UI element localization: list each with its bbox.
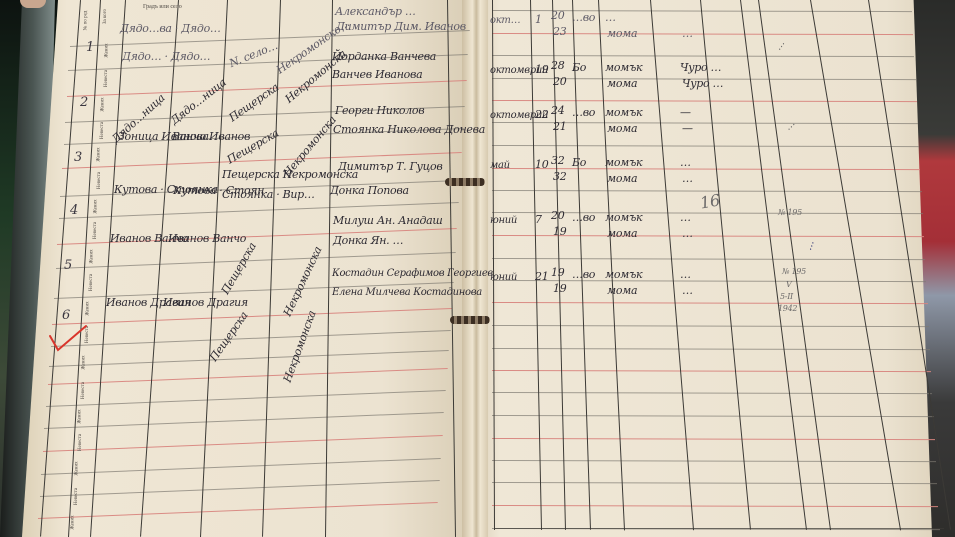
- entry-age-groom: 24: [551, 104, 564, 117]
- entry-occupation-bride: …: [682, 284, 693, 297]
- entry-age-groom: 32: [551, 154, 564, 167]
- entry-month: окт…: [490, 15, 520, 26]
- entry-4-witness-1: Димитър Т. Гуцов: [338, 160, 442, 173]
- entry-status: …во: [572, 268, 595, 281]
- entry-age-bride: 32: [553, 170, 566, 183]
- row-number: 3: [74, 150, 82, 165]
- entry-age-bride: 19: [553, 282, 566, 295]
- entry-occupation-bride: …: [682, 227, 693, 240]
- entry-5-witness-1: Милуш Ан. Анадаш: [333, 214, 443, 227]
- entry-status: …во: [572, 106, 595, 119]
- entry-5-col-b: Иванов Ванчо: [168, 232, 246, 245]
- entry-occupation-groom: …: [680, 211, 691, 224]
- header-number: № по ред: [83, 11, 88, 31]
- row-sublabel: Невеста: [78, 434, 83, 451]
- row-sublabel: Невеста: [100, 122, 105, 139]
- entry-occupation-groom: Чуро …: [680, 61, 721, 74]
- margin-note: V: [786, 280, 791, 289]
- entry-month: юний: [490, 215, 517, 226]
- header-town: Градъ или село: [143, 4, 182, 10]
- entry-faith-bride: мома: [607, 27, 637, 40]
- binding-stitch: [445, 178, 485, 186]
- row-sublabel: Жених: [86, 301, 91, 315]
- entry-3-witness-1: Георги Николов: [335, 104, 424, 117]
- entry-day: 1: [535, 13, 542, 26]
- entry-faith-groom: момък: [605, 61, 642, 74]
- entry-occupation-bride: …: [682, 172, 693, 185]
- entry-1-col-b: Дядо… · Дядо…: [122, 50, 210, 63]
- entry-age-groom: 20: [551, 209, 564, 222]
- entry-status: Бо: [572, 156, 586, 169]
- entry-age-bride: 21: [553, 120, 566, 133]
- row-sublabel: Жених: [70, 515, 75, 529]
- binding-stitch: [450, 316, 490, 324]
- entry-5-witness-2: Донка Ян. …: [333, 234, 403, 247]
- row-sublabel: Невеста: [93, 222, 98, 239]
- row-number: 1: [86, 40, 94, 55]
- row-sublabel: Жених: [78, 409, 83, 423]
- row-sublabel: Невеста: [74, 488, 79, 505]
- entry-4-witness-2: Донка Попова: [330, 184, 409, 197]
- entry-day: 19: [535, 63, 548, 76]
- entry-occupation-bride: …: [682, 27, 693, 40]
- entry-faith-bride: мома: [607, 122, 637, 135]
- row-sublabel: Невеста: [81, 382, 86, 399]
- entry-faith-groom: момък: [605, 156, 642, 169]
- entry-age-bride: 20: [553, 75, 566, 88]
- entry-month: май: [490, 160, 510, 171]
- entry-faith-bride: мома: [607, 227, 637, 240]
- finger-holding-page: [20, 0, 46, 8]
- entry-4-col-d: Стоянка · Вир…: [222, 188, 315, 201]
- row-sublabel: Жених: [101, 97, 106, 111]
- entry-1-col-a: Дядо…ва · Дядо…: [120, 22, 221, 35]
- row-sublabel: Жених: [97, 147, 102, 161]
- entry-age-bride: 19: [553, 225, 566, 238]
- entry-occupation-bride: Чуро …: [682, 77, 723, 90]
- row-number: 4: [70, 203, 78, 218]
- row-sublabel: Жених: [89, 249, 94, 263]
- entry-age-groom: 20: [551, 9, 564, 22]
- margin-note: 1942: [778, 304, 797, 313]
- row-sublabel: Жених: [82, 355, 87, 369]
- row-sublabel: Жених: [74, 461, 79, 475]
- entry-faith-bride: мома: [607, 172, 637, 185]
- entry-faith-bride: мома: [607, 284, 637, 297]
- entry-month: юний: [490, 272, 517, 283]
- entry-2-witness-2: Ванчев Иванова: [332, 68, 422, 81]
- row-sublabel: Невеста: [104, 70, 109, 87]
- margin-note: 5-II: [780, 292, 793, 301]
- row-number: 6: [62, 308, 70, 323]
- margin-note: № 195: [782, 267, 806, 276]
- entry-status: …во: [572, 211, 595, 224]
- entry-occupation-groom: …: [680, 268, 691, 281]
- row-number: 2: [80, 95, 88, 110]
- entry-1-witness-2: Димитър Дим. Иванов: [336, 20, 466, 33]
- entry-day: 21: [535, 270, 548, 283]
- row-sublabel: Невеста: [97, 172, 102, 189]
- entry-age-groom: 28: [551, 59, 564, 72]
- entry-3-col-b: Ванчо Иванов: [172, 130, 250, 143]
- entry-6-witness-2: Елена Милчева Костадинова: [332, 287, 482, 298]
- bottom-border: [494, 528, 944, 529]
- pencil-note: 16: [699, 190, 722, 212]
- entry-age-groom: 19: [551, 266, 564, 279]
- entry-2-witness-1: Йорданка Ванчева: [332, 50, 436, 63]
- entry-faith-groom: момък: [605, 211, 642, 224]
- entry-day: 7: [535, 213, 542, 226]
- entry-3-witness-2: Стоянка Николова Донева: [333, 123, 485, 136]
- row-sublabel: Жених: [105, 43, 110, 57]
- row-number: 5: [64, 258, 72, 273]
- entry-status: …во: [572, 11, 595, 24]
- entry-1-witness-1: Александър …: [335, 5, 416, 18]
- entry-day: 10: [535, 158, 548, 171]
- entry-occupation-groom: —: [680, 106, 691, 119]
- header-status: За кого: [103, 9, 108, 24]
- margin-note: № 195: [778, 208, 802, 217]
- entry-status: Бо: [572, 61, 586, 74]
- row-sublabel: Невеста: [89, 274, 94, 291]
- entry-6-col-b: Иванов Драгия: [163, 296, 248, 309]
- entry-faith-groom: момък: [605, 106, 642, 119]
- entry-faith-groom: момък: [605, 268, 642, 281]
- entry-occupation-bride: —: [682, 122, 693, 135]
- entry-day: 22: [535, 108, 548, 121]
- entry-age-bride: 23: [553, 25, 566, 38]
- row-sublabel: Жених: [93, 199, 98, 213]
- red-checkmark-icon: [48, 322, 88, 356]
- entry-faith-groom: …: [605, 11, 616, 24]
- entry-faith-bride: мома: [607, 77, 637, 90]
- entry-occupation-groom: …: [680, 156, 691, 169]
- entry-6-witness-1: Костадин Серафимов Георгиев: [332, 268, 493, 279]
